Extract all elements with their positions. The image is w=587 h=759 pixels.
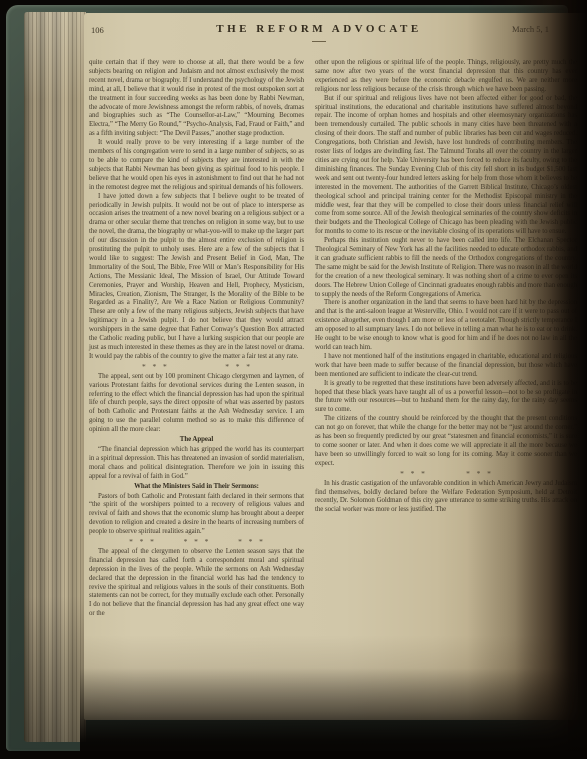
masthead-title: THE REFORM ADVOCATE: [84, 23, 554, 35]
paragraph: The citizens of the country should be re…: [315, 415, 577, 468]
paragraph: There is another organization in the lan…: [315, 299, 577, 352]
book-photo: 106 THE REFORM ADVOCATE March 5, 1 quite…: [0, 0, 587, 759]
paragraph: It is greatly to be regretted that these…: [315, 380, 577, 416]
asterisk-separator: * * * * * * * * *: [89, 538, 304, 547]
paragraph: I have jotted down a few subjects that I…: [89, 193, 304, 362]
text-columns: quite certain that if they were to choos…: [84, 59, 587, 619]
section-heading: What the Ministers Said in Their Sermons…: [89, 483, 304, 492]
asterisk-separator: * * * * * *: [315, 470, 577, 479]
section-heading: The Appeal: [89, 436, 304, 445]
paragraph: other upon the religious or spiritual li…: [315, 59, 577, 95]
page-header: 106 THE REFORM ADVOCATE March 5, 1: [84, 13, 587, 59]
paragraph: The appeal of the clergymen to observe t…: [89, 548, 304, 619]
magazine-page: 106 THE REFORM ADVOCATE March 5, 1 quite…: [84, 13, 587, 720]
issue-date: March 5, 1: [512, 24, 549, 34]
next-page-edge: [578, 20, 585, 710]
paragraph: quite certain that if they were to choos…: [89, 59, 304, 139]
page-edges: [24, 12, 86, 742]
paragraph: But if our spiritual and religious lives…: [315, 95, 577, 238]
right-column: other upon the religious or spiritual li…: [315, 59, 577, 619]
paragraph: The appeal, sent out by 100 prominent Ch…: [89, 373, 304, 435]
paragraph: I have not mentioned half of the institu…: [315, 353, 577, 380]
paragraph: It would really prove to be very interes…: [89, 139, 304, 192]
asterisk-separator: * * * * * *: [89, 363, 304, 372]
paragraph: In his drastic castigation of the unfavo…: [315, 480, 577, 516]
header-rule-ornament: [312, 41, 326, 42]
paragraph: “The financial depression which has grip…: [89, 446, 304, 482]
left-column: quite certain that if they were to choos…: [89, 59, 304, 619]
paragraph: Perhaps this institution ought never to …: [315, 237, 577, 299]
paragraph: Pastors of both Catholic and Protestant …: [89, 493, 304, 538]
